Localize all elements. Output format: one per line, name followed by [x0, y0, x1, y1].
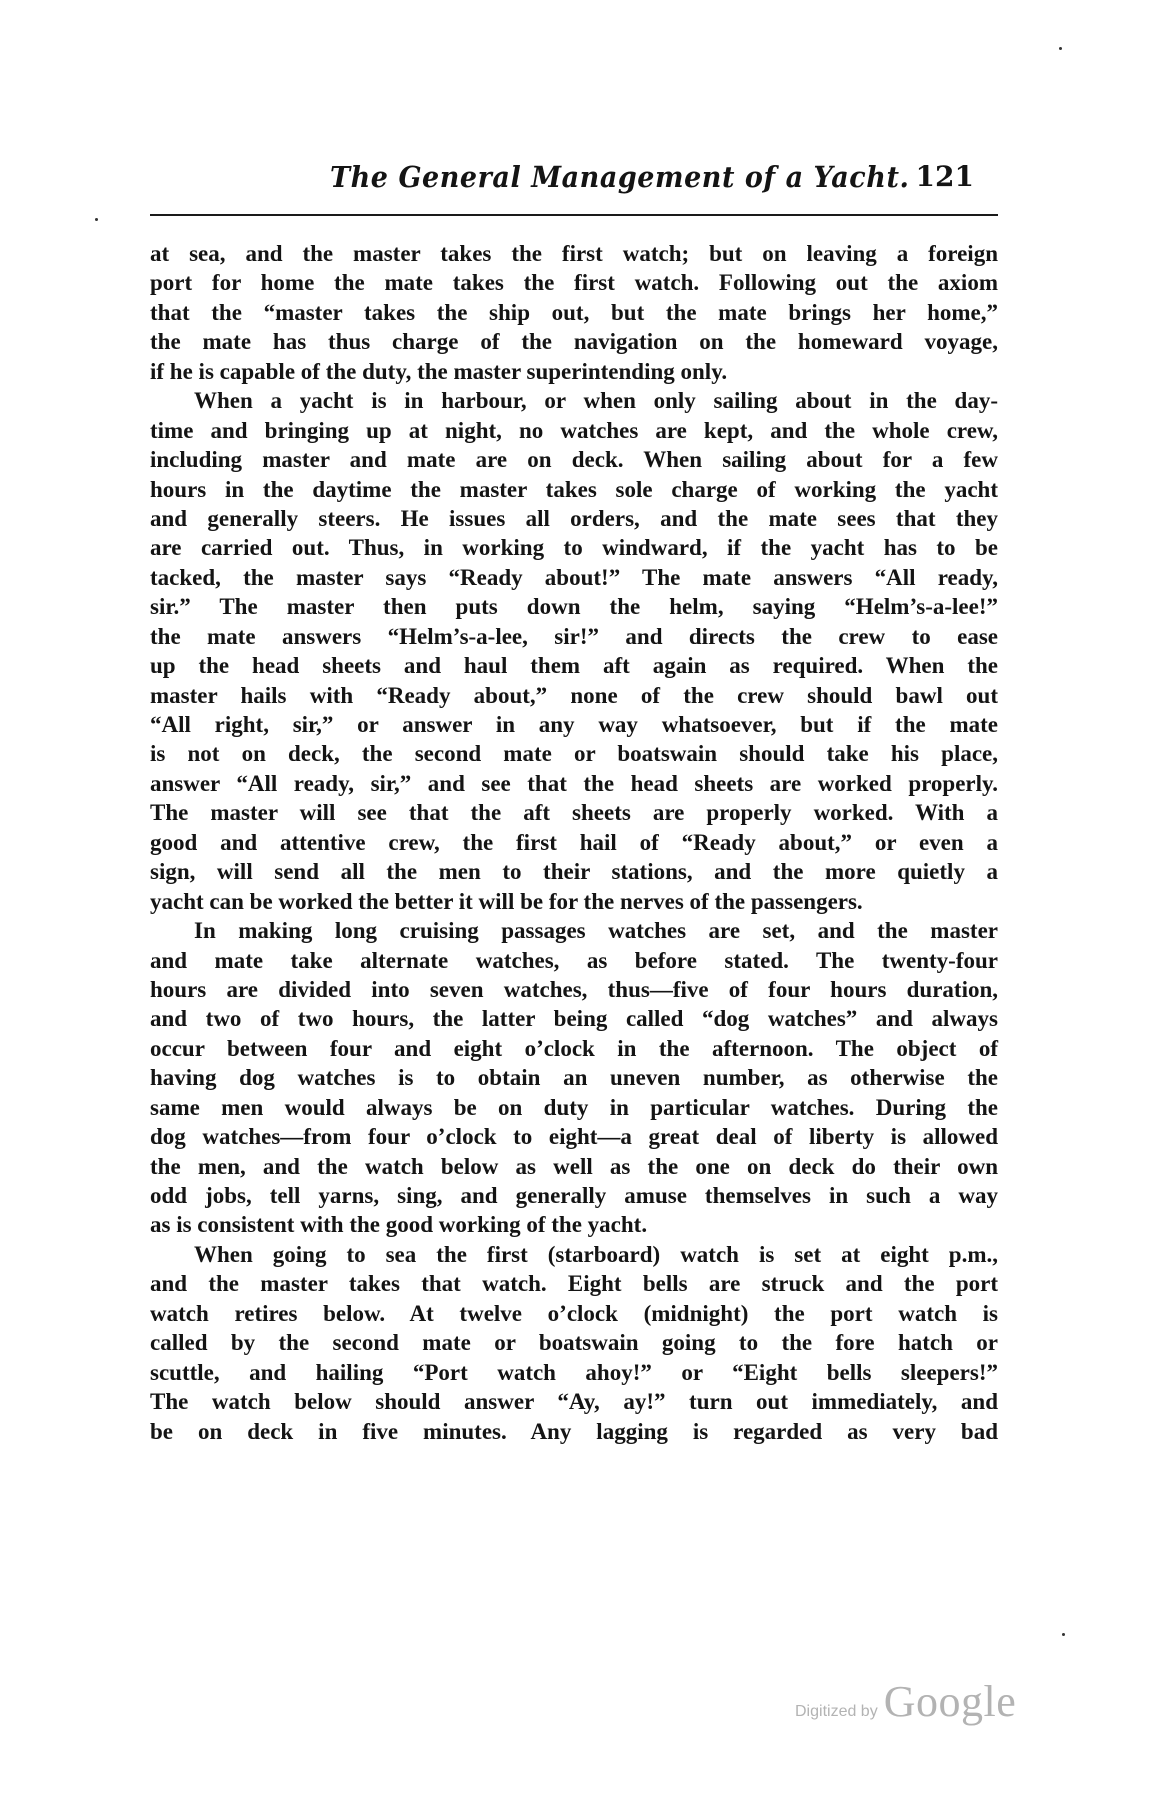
text-line: time and bringing up at night, no watche… — [150, 416, 998, 445]
text-line: having dog watches is to obtain an uneve… — [150, 1063, 998, 1092]
paragraph-first-line: When going to sea the first (starboard) … — [150, 1240, 998, 1269]
text-line: hours are divided into seven watches, th… — [150, 975, 998, 1004]
text-line: and the master takes that watch. Eight b… — [150, 1269, 998, 1298]
text-line: same men would always be on duty in part… — [150, 1093, 998, 1122]
paragraph-last-line: as is consistent with the good working o… — [150, 1210, 998, 1239]
text-line: port for home the mate takes the first w… — [150, 268, 998, 297]
watermark-brand-logo: Google — [884, 1677, 1017, 1726]
text-line: and mate take alternate watches, as befo… — [150, 946, 998, 975]
scan-speck — [1062, 1633, 1065, 1636]
text-line: answer “All ready, sir,” and see that th… — [150, 769, 998, 798]
paragraph-first-line: In making long cruising passages watches… — [150, 916, 998, 945]
watermark-prefix: Digitized by — [795, 1703, 878, 1720]
text-line: called by the second mate or boatswain g… — [150, 1328, 998, 1357]
text-line: tacked, the master says “Ready about!” T… — [150, 563, 998, 592]
text-line: The master will see that the aft sheets … — [150, 798, 998, 827]
text-line: watch retires below. At twelve o’clock (… — [150, 1299, 998, 1328]
running-head: The General Management of a Yacht. 121 — [150, 160, 998, 206]
text-line: up the head sheets and haul them aft aga… — [150, 651, 998, 680]
text-line: are carried out. Thus, in working to win… — [150, 533, 998, 562]
scan-speck — [95, 218, 98, 221]
text-line: “All right, sir,” or answer in any way w… — [150, 710, 998, 739]
text-line: be on deck in five minutes. Any lagging … — [150, 1417, 998, 1446]
scan-speck — [1059, 47, 1062, 50]
text-line: and two of two hours, the latter being c… — [150, 1004, 998, 1033]
text-line: and generally steers. He issues all orde… — [150, 504, 998, 533]
text-line: odd jobs, tell yarns, sing, and generall… — [150, 1181, 998, 1210]
text-line: including master and mate are on deck. W… — [150, 445, 998, 474]
digitized-by-watermark: Digitized by Google — [795, 1676, 1016, 1727]
text-line: the mate has thus charge of the navigati… — [150, 327, 998, 356]
book-page: The General Management of a Yacht. 121 a… — [0, 0, 1153, 1800]
text-line: sign, will send all the men to their sta… — [150, 857, 998, 886]
text-line: is not on deck, the second mate or boats… — [150, 739, 998, 768]
text-line: the men, and the watch below as well as … — [150, 1152, 998, 1181]
text-line: sir.” The master then puts down the helm… — [150, 592, 998, 621]
text-line: hours in the daytime the master takes so… — [150, 475, 998, 504]
header-rule — [150, 214, 998, 216]
text-line: dog watches—from four o’clock to eight—a… — [150, 1122, 998, 1151]
text-line: occur between four and eight o’clock in … — [150, 1034, 998, 1063]
text-line: scuttle, and hailing “Port watch ahoy!” … — [150, 1358, 998, 1387]
page-number: 121 — [916, 160, 974, 193]
paragraph-last-line: yacht can be worked the better it will b… — [150, 887, 998, 916]
text-line: at sea, and the master takes the first w… — [150, 239, 998, 268]
paragraph-last-line: if he is capable of the duty, the master… — [150, 357, 998, 386]
body-text: at sea, and the master takes the first w… — [150, 239, 998, 1446]
text-line: master hails with “Ready about,” none of… — [150, 681, 998, 710]
text-line: good and attentive crew, the first hail … — [150, 828, 998, 857]
paragraph-first-line: When a yacht is in harbour, or when only… — [150, 386, 998, 415]
text-line: the mate answers “Helm’s-a-lee, sir!” an… — [150, 622, 998, 651]
text-line: The watch below should answer “Ay, ay!” … — [150, 1387, 998, 1416]
running-title: The General Management of a Yacht. — [330, 160, 909, 194]
text-line: that the “master takes the ship out, but… — [150, 298, 998, 327]
